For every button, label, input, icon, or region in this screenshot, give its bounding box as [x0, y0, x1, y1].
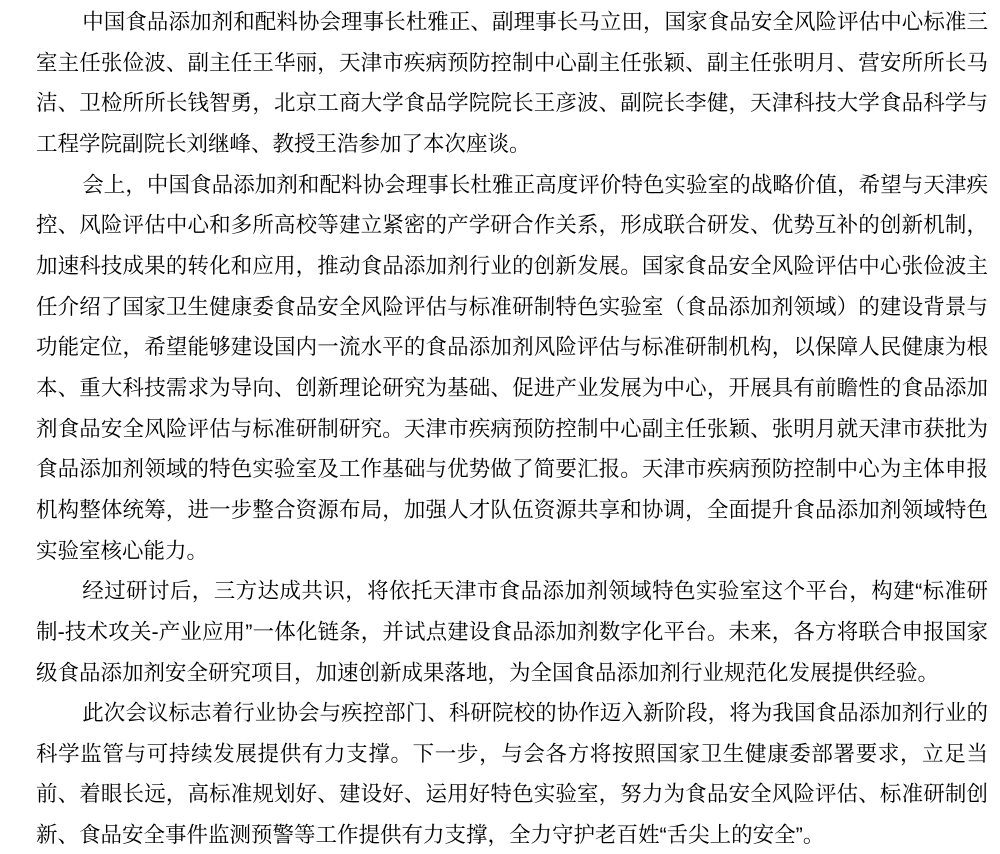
article-paragraph-attendees: 中国食品添加剂和配料协会理事长杜雅正、副理事长马立田，国家食品安全风险评估中心标…: [36, 2, 988, 165]
article-body: 中国食品添加剂和配料协会理事长杜雅正、副理事长马立田，国家食品安全风险评估中心标…: [0, 0, 1000, 854]
article-paragraph-consensus: 经过研讨后，三方达成共识，将依托天津市食品添加剂领域特色实验室这个平台，构建“标…: [36, 571, 988, 693]
article-paragraph-meeting-remarks: 会上，中国食品添加剂和配料协会理事长杜雅正高度评价特色实验室的战略价值，希望与天…: [36, 165, 988, 572]
article-paragraph-outlook: 此次会议标志着行业协会与疾控部门、科研院校的协作迈入新阶段，将为我国食品添加剂行…: [36, 693, 988, 854]
